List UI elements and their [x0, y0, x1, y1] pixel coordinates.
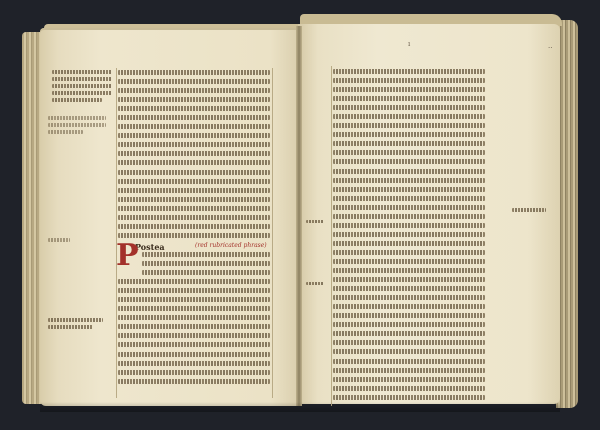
ruling-line — [116, 68, 117, 398]
page-shadow — [40, 402, 560, 412]
marginal-note-3 — [48, 238, 70, 246]
marginal-note-1 — [52, 70, 112, 105]
rubric-inline: (red rubricated phrase) — [195, 242, 267, 249]
ruling-line — [331, 66, 332, 406]
folio-number: ·· — [548, 44, 552, 52]
marginal-note-right-2 — [306, 220, 324, 227]
header-mark: ı — [408, 40, 410, 48]
left-text-block-lower — [118, 252, 270, 388]
left-text-block-upper — [118, 70, 270, 242]
marginal-note-2 — [48, 116, 106, 137]
gutter — [296, 26, 302, 406]
marginal-note-right — [512, 208, 546, 216]
section-heading: Postea — [135, 242, 165, 252]
marginal-note-right-3 — [306, 282, 324, 289]
marginal-note-4 — [48, 318, 103, 333]
right-text-block — [333, 69, 485, 404]
manuscript-photo: Postea (red rubricated phrase) P — [0, 0, 600, 430]
ruling-line — [272, 68, 273, 398]
